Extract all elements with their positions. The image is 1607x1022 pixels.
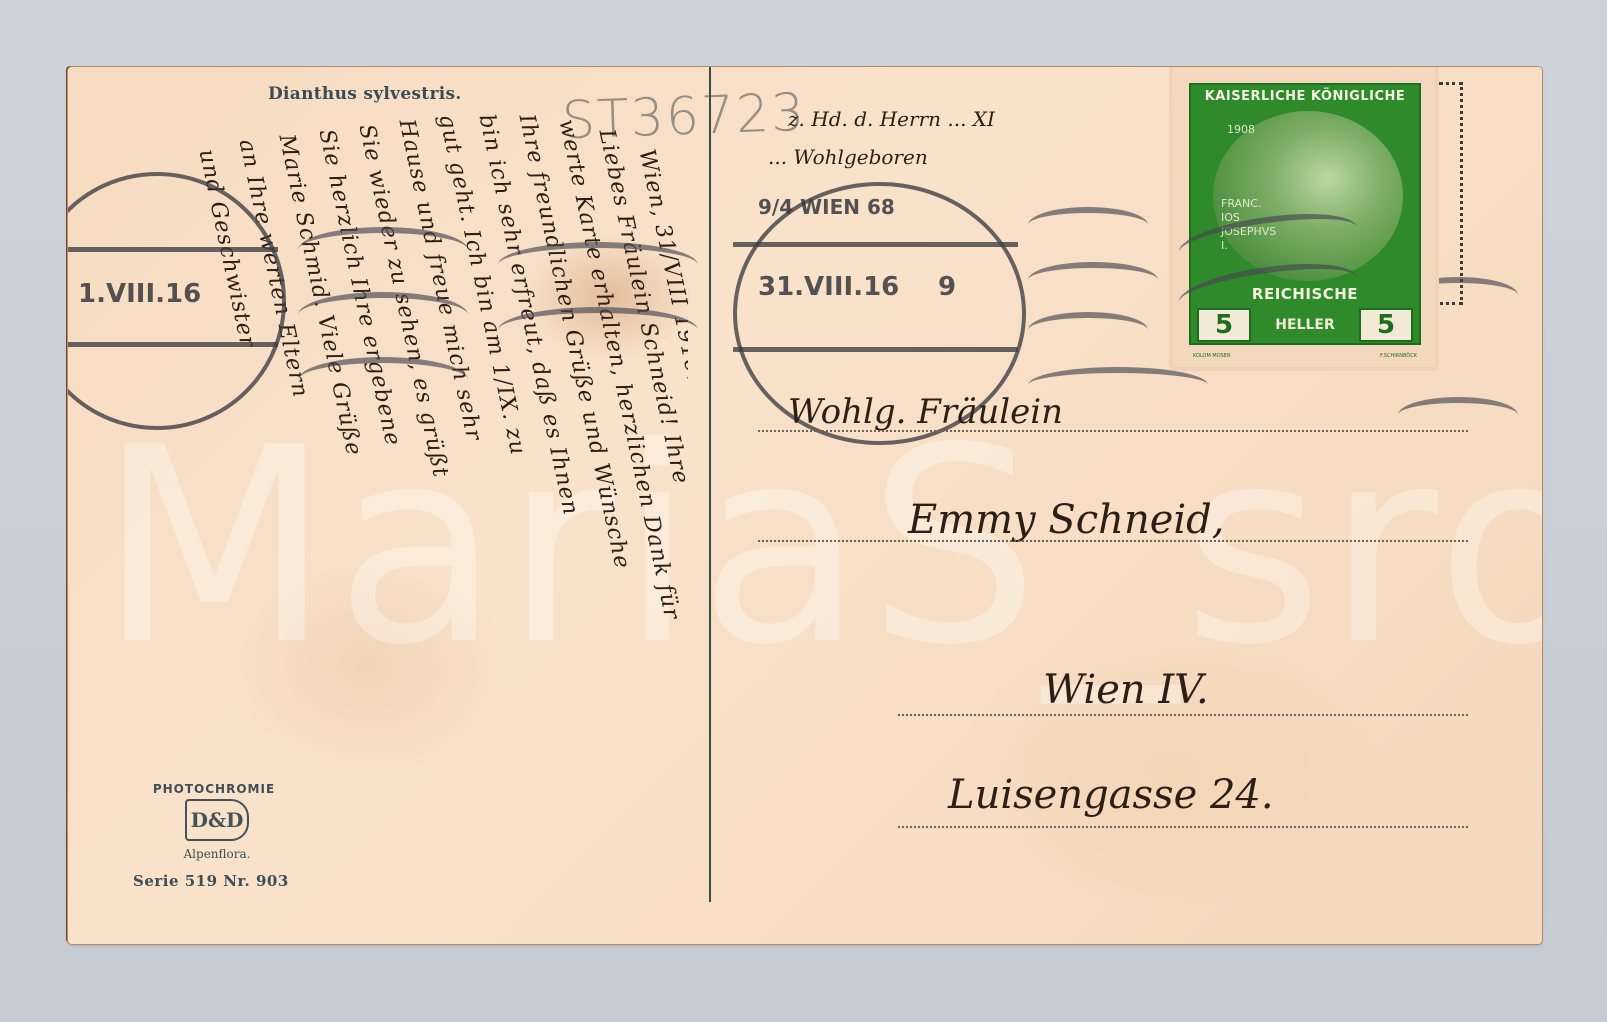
cancel-wave (498, 307, 698, 353)
postmark-band (733, 242, 1018, 247)
center-divider (709, 67, 711, 902)
postmark-hour: 9 (938, 272, 956, 302)
cancel-wave (1398, 397, 1518, 433)
cancel-wave (1028, 262, 1158, 298)
stamp-legend-arc: KAISERLICHE KÖNIGLICHE (1191, 89, 1419, 104)
address-dotted-line (898, 714, 1468, 716)
cancel-wave (1028, 312, 1148, 348)
address-header-2: ... Wohlgeboren (768, 145, 928, 169)
address-city: Wien IV. (1043, 667, 1209, 713)
cancel-wave (298, 292, 468, 338)
stamp-value-label: HELLER (1275, 317, 1334, 333)
address-street: Luisengasse 24. (948, 772, 1274, 818)
address-dotted-line (758, 430, 1468, 432)
publisher-mark: PHOTOCHROMIE D&D Alpenflora. (132, 782, 302, 861)
publisher-line1: PHOTOCHROMIE (126, 782, 302, 796)
postmark-left-date: 1.VIII.16 (78, 279, 201, 309)
publisher-logo-icon: D&D (185, 799, 249, 841)
cancel-wave (298, 357, 468, 403)
series-number: Serie 519 Nr. 903 (133, 872, 289, 890)
address-salutation: Wohlg. Fräulein (788, 392, 1063, 432)
postmark-date: 31.VIII.16 (758, 272, 899, 302)
address-name: Emmy Schneid, (908, 497, 1224, 543)
cancel-wave (298, 227, 468, 273)
stamp-value-right: 5 (1359, 308, 1413, 342)
cancel-wave (1028, 207, 1148, 243)
stamp-year: 1908 (1227, 123, 1255, 136)
address-dotted-line (758, 540, 1468, 542)
scan-background: MariaS_sro Dianthus sylvestris. ST36723 … (0, 0, 1607, 1022)
postcard: MariaS_sro Dianthus sylvestris. ST36723 … (68, 67, 1542, 944)
postmark-band (733, 347, 1018, 352)
postmark-band (68, 247, 278, 252)
caption-title: Dianthus sylvestris. (268, 84, 462, 104)
address-header-1: z. Hd. d. Herrn ... XI (788, 107, 995, 131)
postmark-location: 9/4 WIEN 68 (758, 195, 895, 219)
cancel-wave (498, 242, 698, 288)
publisher-line2: Alpenflora. (132, 847, 302, 861)
address-dotted-line (898, 826, 1468, 828)
stamp-credits: KOLOM MOSER F.SCHIRNBÖCK (1193, 353, 1417, 359)
postmark-band (68, 342, 278, 347)
